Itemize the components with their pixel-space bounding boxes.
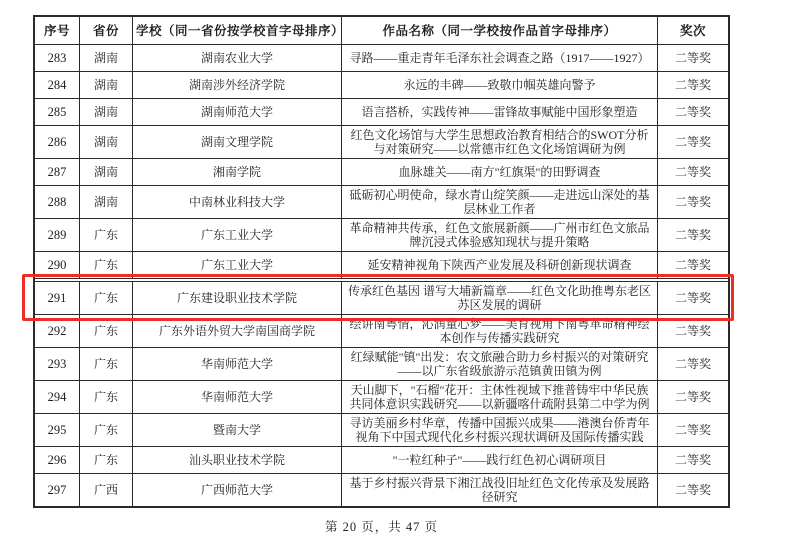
cell-school: 湖南文理学院	[133, 126, 342, 158]
cell-no: 289	[35, 219, 80, 251]
cell-work: 寻访美丽乡村华章，传播中国振兴成果——港澳台侨青年视角下中国式现代化乡村振兴现状…	[342, 414, 658, 446]
cell-province: 湖南	[80, 72, 133, 98]
cell-province: 广东	[80, 315, 133, 347]
award-table-wrap: 序号 省份 学校（同一省份按学校首字母排序） 作品名称（同一学校按作品首字母排序…	[33, 15, 730, 508]
table-row: 291 广东 广东建设职业技术学院 传承红色基因 谱写大埔新篇章——红色文化助推…	[35, 281, 728, 315]
cell-school: 广西师范大学	[133, 474, 342, 506]
cell-no: 292	[35, 315, 80, 347]
table-row: 287 湖南 湘南学院 血脉雄关——南方"红旗渠"的田野调查 二等奖	[35, 159, 728, 186]
table-row: 292 广东 广东外语外贸大学南国商学院 绘讲南粤情，沁润童心梦——美育视角下南…	[35, 315, 728, 348]
cell-award: 二等奖	[658, 282, 728, 314]
table-header-row: 序号 省份 学校（同一省份按学校首字母排序） 作品名称（同一学校按作品首字母排序…	[35, 17, 728, 45]
cell-award: 二等奖	[658, 381, 728, 413]
cell-school: 广东建设职业技术学院	[133, 282, 342, 314]
cell-no: 294	[35, 381, 80, 413]
cell-no: 284	[35, 72, 80, 98]
cell-award: 二等奖	[658, 348, 728, 380]
table-row: 288 湖南 中南林业科技大学 砥砺初心明使命，绿水青山绽笑颜——走进远山深处的…	[35, 186, 728, 219]
cell-school: 广东工业大学	[133, 252, 342, 278]
cell-award: 二等奖	[658, 414, 728, 446]
cell-school: 湘南学院	[133, 159, 342, 185]
header-no: 序号	[35, 17, 80, 44]
cell-no: 290	[35, 252, 80, 278]
cell-school: 湖南农业大学	[133, 45, 342, 71]
cell-work: 砥砺初心明使命，绿水青山绽笑颜——走进远山深处的基层林业工作者	[342, 186, 658, 218]
cell-province: 湖南	[80, 99, 133, 125]
cell-award: 二等奖	[658, 99, 728, 125]
cell-award: 二等奖	[658, 447, 728, 473]
cell-school: 广东工业大学	[133, 219, 342, 251]
table-row: 284 湖南 湖南涉外经济学院 永远的丰碑——致敬巾帼英雄向警予 二等奖	[35, 72, 728, 99]
cell-no: 297	[35, 474, 80, 506]
cell-school: 华南师范大学	[133, 348, 342, 380]
cell-school: 汕头职业技术学院	[133, 447, 342, 473]
cell-award: 二等奖	[658, 315, 728, 347]
cell-work: 传承红色基因 谱写大埔新篇章——红色文化助推粤东老区苏区发展的调研	[342, 282, 658, 314]
cell-no: 293	[35, 348, 80, 380]
cell-province: 广东	[80, 447, 133, 473]
cell-no: 295	[35, 414, 80, 446]
cell-work: 基于乡村振兴背景下湘江战役旧址红色文化传承及发展路径研究	[342, 474, 658, 506]
cell-province: 湖南	[80, 126, 133, 158]
table-row: 283 湖南 湖南农业大学 寻路——重走青年毛泽东社会调查之路（1917——19…	[35, 45, 728, 72]
table-row: 297 广西 广西师范大学 基于乡村振兴背景下湘江战役旧址红色文化传承及发展路径…	[35, 474, 728, 506]
cell-no: 285	[35, 99, 80, 125]
header-province: 省份	[80, 17, 133, 44]
cell-work: 语言搭桥，实践传神——雷锋故事赋能中国形象塑造	[342, 99, 658, 125]
cell-province: 湖南	[80, 45, 133, 71]
header-award: 奖次	[658, 17, 728, 44]
table-row: 294 广东 华南师范大学 天山脚下，"石榴"花开：主体性视域下推普铸牢中华民族…	[35, 381, 728, 414]
table-row: 293 广东 华南师范大学 红绿赋能"镇"出发：农文旅融合助力乡村振兴的对策研究…	[35, 348, 728, 381]
cell-province: 湖南	[80, 186, 133, 218]
cell-award: 二等奖	[658, 45, 728, 71]
cell-work: 血脉雄关——南方"红旗渠"的田野调查	[342, 159, 658, 185]
cell-school: 湖南涉外经济学院	[133, 72, 342, 98]
cell-province: 广西	[80, 474, 133, 506]
cell-school: 广东外语外贸大学南国商学院	[133, 315, 342, 347]
cell-no: 286	[35, 126, 80, 158]
award-table: 序号 省份 学校（同一省份按学校首字母排序） 作品名称（同一学校按作品首字母排序…	[33, 15, 730, 508]
cell-province: 广东	[80, 414, 133, 446]
header-school: 学校（同一省份按学校首字母排序）	[133, 17, 342, 44]
cell-province: 广东	[80, 348, 133, 380]
cell-work: 天山脚下，"石榴"花开：主体性视域下推普铸牢中华民族共同体意识实践研究——以新疆…	[342, 381, 658, 413]
cell-award: 二等奖	[658, 186, 728, 218]
cell-no: 288	[35, 186, 80, 218]
cell-work: 延安精神视角下陕西产业发展及科研创新现状调查	[342, 252, 658, 278]
cell-work: 革命精神共传承，红色文旅展新颜——广州市红色文旅品牌沉浸式体验感知现状与提升策略	[342, 219, 658, 251]
cell-province: 湖南	[80, 159, 133, 185]
table-row: 295 广东 暨南大学 寻访美丽乡村华章，传播中国振兴成果——港澳台侨青年视角下…	[35, 414, 728, 447]
cell-province: 广东	[80, 381, 133, 413]
cell-award: 二等奖	[658, 126, 728, 158]
cell-school: 华南师范大学	[133, 381, 342, 413]
table-row: 290 广东 广东工业大学 延安精神视角下陕西产业发展及科研创新现状调查 二等奖	[35, 252, 728, 279]
cell-province: 广东	[80, 282, 133, 314]
header-work: 作品名称（同一学校按作品首字母排序）	[342, 17, 658, 44]
cell-no: 287	[35, 159, 80, 185]
cell-school: 湖南师范大学	[133, 99, 342, 125]
table-row: 286 湖南 湖南文理学院 红色文化场馆与大学生思想政治教育相结合的SWOT分析…	[35, 126, 728, 159]
cell-no: 291	[35, 282, 80, 314]
cell-no: 296	[35, 447, 80, 473]
cell-no: 283	[35, 45, 80, 71]
cell-award: 二等奖	[658, 219, 728, 251]
cell-award: 二等奖	[658, 252, 728, 278]
cell-award: 二等奖	[658, 72, 728, 98]
table-row: 296 广东 汕头职业技术学院 "一粒红种子"——践行红色初心调研项目 二等奖	[35, 447, 728, 474]
cell-work: 永远的丰碑——致敬巾帼英雄向警予	[342, 72, 658, 98]
cell-work: "一粒红种子"——践行红色初心调研项目	[342, 447, 658, 473]
cell-province: 广东	[80, 219, 133, 251]
cell-award: 二等奖	[658, 474, 728, 506]
cell-award: 二等奖	[658, 159, 728, 185]
table-row: 285 湖南 湖南师范大学 语言搭桥，实践传神——雷锋故事赋能中国形象塑造 二等…	[35, 99, 728, 126]
cell-school: 中南林业科技大学	[133, 186, 342, 218]
page-number: 第 20 页，共 47 页	[33, 517, 730, 534]
cell-work: 红绿赋能"镇"出发：农文旅融合助力乡村振兴的对策研究——以广东省级旅游示范镇黄田…	[342, 348, 658, 380]
cell-work: 寻路——重走青年毛泽东社会调查之路（1917——1927）	[342, 45, 658, 71]
cell-work: 绘讲南粤情，沁润童心梦——美育视角下南粤革命精神绘本创作与传播实践研究	[342, 315, 658, 347]
cell-school: 暨南大学	[133, 414, 342, 446]
cell-work: 红色文化场馆与大学生思想政治教育相结合的SWOT分析与对策研究——以常德市红色文…	[342, 126, 658, 158]
cell-province: 广东	[80, 252, 133, 278]
table-row: 289 广东 广东工业大学 革命精神共传承，红色文旅展新颜——广州市红色文旅品牌…	[35, 219, 728, 252]
